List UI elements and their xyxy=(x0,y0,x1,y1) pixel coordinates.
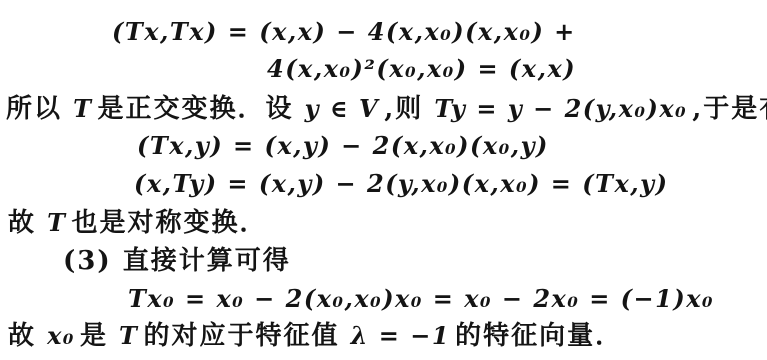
math-run: Tx₀ = x₀ − 2(x₀,x₀)x₀ = x₀ − 2x₀ = (−1)x… xyxy=(128,284,714,313)
math-run: T xyxy=(47,208,66,237)
text-run: 是正交变换．设 xyxy=(98,94,305,124)
math-run: T xyxy=(119,321,138,350)
text-run: ,则 xyxy=(384,94,434,124)
text-run: 的特征向量． xyxy=(455,321,623,351)
text-run: 是 xyxy=(80,321,119,351)
sentence-eigenvector-conclusion: 故 x₀ 是 T 的对应于特征值 λ = −1 的特征向量． xyxy=(8,322,623,351)
text-run: 故 xyxy=(8,208,47,238)
equation-Tx-y: (Tx,y) = (x,y) − 2(x,x₀)(x₀,y) xyxy=(137,133,549,159)
math-run: (Tx,y) = (x,y) − 2(x,x₀)(x₀,y) xyxy=(137,131,549,160)
math-run: (x,Ty) = (x,y) − 2(y,x₀)(x,x₀) = (Tx,y) xyxy=(134,169,668,198)
heading-part-3: (3) 直接计算可得 xyxy=(63,247,291,276)
math-run: T xyxy=(73,94,92,123)
math-run: (Tx,Tx) = (x,x) − 4(x,x₀)(x,x₀) + xyxy=(112,17,576,46)
math-run: λ = −1 xyxy=(351,321,450,350)
math-run: 4(x,x₀)²(x₀,x₀) = (x,x) xyxy=(267,54,576,83)
equation-TxTx-line1: (Tx,Tx) = (x,x) − 4(x,x₀)(x,x₀) + xyxy=(112,19,576,45)
text-run: 故 xyxy=(8,321,47,351)
math-run: Ty = y − 2(y,x₀)x₀ xyxy=(434,94,687,123)
textbook-page: (Tx,Tx) = (x,x) − 4(x,x₀)(x,x₀) + 4(x,x₀… xyxy=(0,0,767,360)
text-run: 也是对称变换． xyxy=(72,208,268,238)
equation-x-Ty: (x,Ty) = (x,y) − 2(y,x₀)(x,x₀) = (Tx,y) xyxy=(134,171,668,197)
text-run: ,于是有 xyxy=(692,94,767,124)
sentence-orthogonal-transform: 所以 T 是正交变换．设 y ∈ V ,则 Ty = y − 2(y,x₀)x₀… xyxy=(6,95,767,124)
math-run: x₀ xyxy=(47,321,75,350)
text-run: (3) 直接计算可得 xyxy=(63,246,291,276)
equation-TxTx-line2: 4(x,x₀)²(x₀,x₀) = (x,x) xyxy=(267,56,576,82)
sentence-symmetric-transform: 故 T 也是对称变换． xyxy=(8,209,268,238)
text-run: 的对应于特征值 xyxy=(144,321,351,351)
math-run: y ∈ V xyxy=(305,94,380,123)
equation-Tx0: Tx₀ = x₀ − 2(x₀,x₀)x₀ = x₀ − 2x₀ = (−1)x… xyxy=(128,286,714,312)
text-run: 所以 xyxy=(6,94,73,124)
